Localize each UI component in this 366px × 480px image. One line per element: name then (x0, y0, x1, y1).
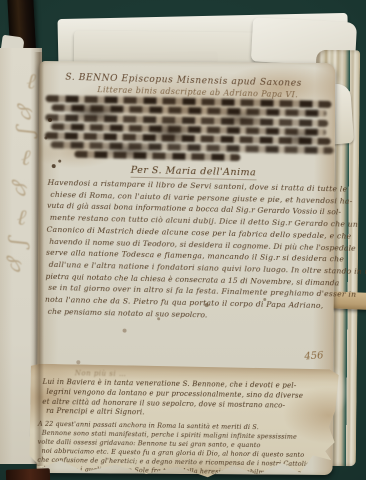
tipped-in-fragment: Non più si … Lui in Baviera è in tanta v… (29, 364, 339, 480)
page-number: 456 (304, 350, 324, 362)
book-cover-edge (6, 468, 50, 480)
fragment-paragraph-1: Lui in Baviera è in tanta veneratione S.… (42, 378, 335, 422)
body-paragraph: Havendosi a ristampare il libro de Servi… (45, 177, 336, 324)
blotted-line (51, 141, 334, 154)
faint-crossed-line: Non più si … (75, 369, 127, 378)
manuscript-photo: ℓ℘ʃℓ℘ℓʃ℘ S. BENNO Episcopus Misnensis ap… (0, 0, 366, 480)
blotted-line (74, 151, 240, 161)
blotted-line (51, 123, 326, 136)
blotted-line (51, 105, 326, 118)
blotted-line (46, 95, 332, 108)
inked-out-text-block (44, 93, 331, 165)
blotted-line (45, 114, 328, 127)
section-heading: Per S. Maria dell'Anima (131, 165, 257, 181)
gutter-crease (34, 52, 44, 466)
blotted-line (45, 132, 331, 145)
